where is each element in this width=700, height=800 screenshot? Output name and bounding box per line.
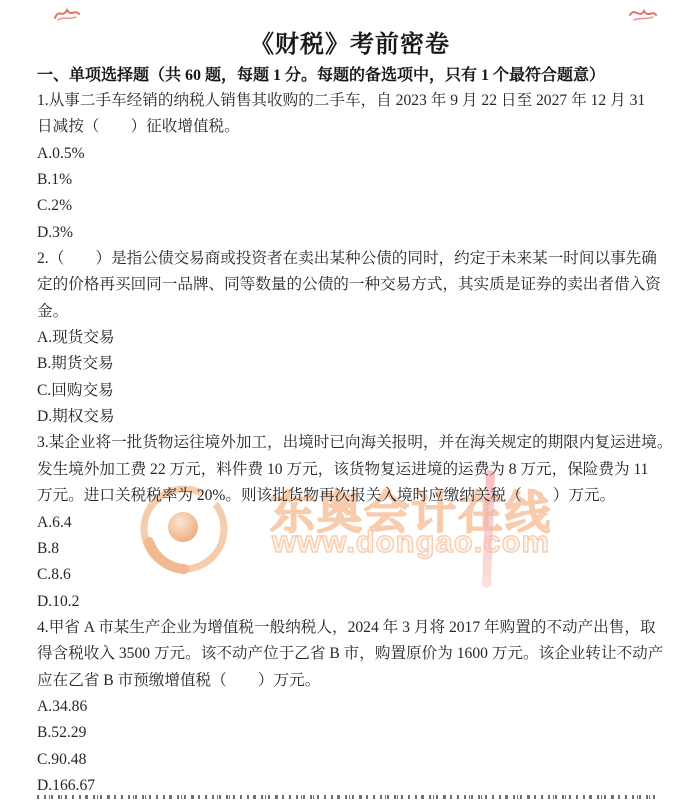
question-1-line: 日减按（ ）征收增值税。	[37, 114, 678, 140]
question-2-line: 金。	[37, 299, 678, 325]
question-1-line: 1.从事二手车经销的纳税人销售其收购的二手车，自 2023 年 9 月 22 日…	[37, 88, 678, 114]
question-3-line: 3.某企业将一批货物运往境外加工，出境时已向海关报明，并在海关规定的期限内复运进…	[37, 430, 678, 456]
question-4-option-c: C.90.48	[37, 747, 678, 773]
exam-document-page: 东奥会计在线 www.dongao.com 《财税》考前密卷 一、单项选择题（共…	[0, 0, 700, 800]
question-4-line: 应在乙省 B 市预缴增值税（ ）万元。	[37, 668, 678, 694]
question-1-option-a: A.0.5%	[37, 141, 678, 167]
red-scribble-left-icon	[52, 5, 82, 23]
question-4-option-a: A.34.86	[37, 694, 678, 720]
question-1-option-b: B.1%	[37, 167, 678, 193]
page-title: 《财税》考前密卷	[0, 24, 700, 59]
question-2-option-c: C.回购交易	[37, 378, 678, 404]
question-4-option-b: B.52.29	[37, 720, 678, 746]
section-heading: 一、单项选择题（共 60 题，每题 1 分。每题的备选项中，只有 1 个最符合题…	[37, 64, 676, 88]
question-3-line: 发生境外加工费 22 万元，料件费 10 万元，该货物复运进境的运费为 8 万元…	[37, 457, 678, 483]
question-2-line: 定的价格再买回同一品牌、同等数量的公债的一种交易方式，其实质是证券的卖出者借入资	[37, 272, 678, 298]
question-2-option-a: A.现货交易	[37, 325, 678, 351]
question-list: 1.从事二手车经销的纳税人销售其收购的二手车，自 2023 年 9 月 22 日…	[37, 88, 678, 799]
question-3-option-a: A.6.4	[37, 510, 678, 536]
question-3-option-c: C.8.6	[37, 562, 678, 588]
clipped-next-question-line	[37, 795, 660, 799]
question-3-option-b: B.8	[37, 536, 678, 562]
question-4-line: 4.甲省 A 市某生产企业为增值税一般纳税人，2024 年 3 月将 2017 …	[37, 615, 678, 641]
question-2-option-b: B.期货交易	[37, 351, 678, 377]
question-2-option-d: D.期权交易	[37, 404, 678, 430]
question-3-option-d: D.10.2	[37, 589, 678, 615]
question-1-option-c: C.2%	[37, 193, 678, 219]
question-1-option-d: D.3%	[37, 220, 678, 246]
question-2-line: 2.（ ）是指公债交易商或投资者在卖出某种公债的同时，约定于未来某一时间以事先确	[37, 246, 678, 272]
question-4-line: 得含税收入 3500 万元。该不动产位于乙省 B 市，购置原价为 1600 万元…	[37, 641, 678, 667]
red-scribble-right-icon	[627, 5, 659, 23]
question-3-line: 万元。进口关税税率为 20%。则该批货物再次报关入境时应缴纳关税（ ）万元。	[37, 483, 678, 509]
